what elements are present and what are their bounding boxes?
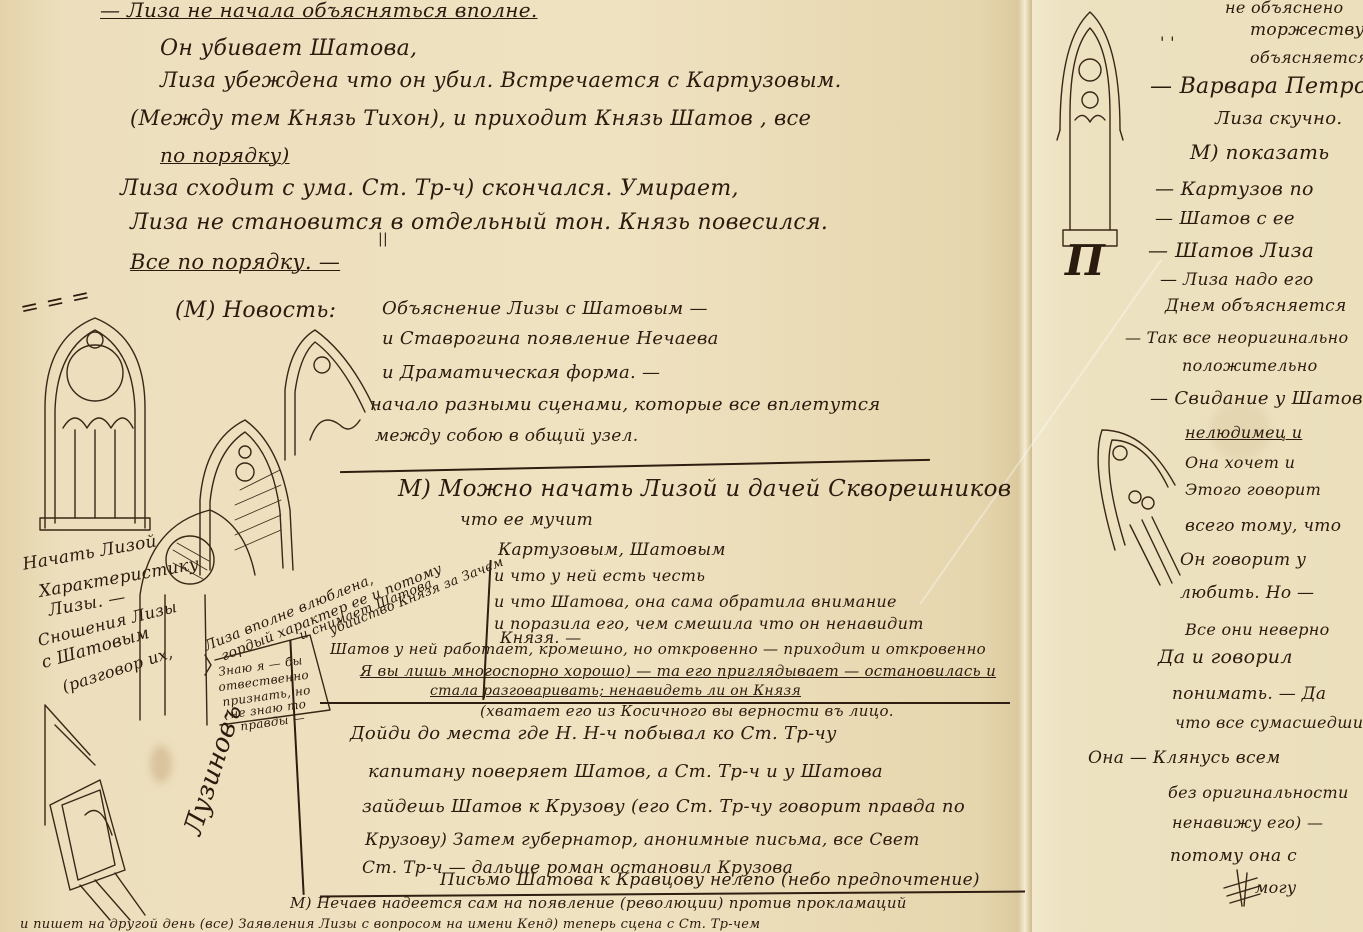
scribble-mark bbox=[1222, 868, 1262, 908]
text-line: М) Нечаев надеется сам на появление (рев… bbox=[290, 896, 907, 911]
text-line: Она хочет и bbox=[1185, 455, 1295, 471]
rose-window-sketch bbox=[135, 505, 265, 725]
manuscript-spread: — Лиза не начала объясняться вполне. Он … bbox=[0, 0, 1363, 932]
text-line: начало разными сценами, которые все впле… bbox=[370, 396, 880, 414]
text-line: — Картузов по bbox=[1155, 180, 1314, 199]
text-line: любить. Но — bbox=[1180, 585, 1314, 602]
text-line: Все по порядку. — bbox=[130, 252, 340, 273]
text-line: Лиза убеждена что он убил. Встречается с… bbox=[160, 70, 842, 91]
text-line: и что у ней есть честь bbox=[494, 568, 705, 584]
text-line: Он говорит у bbox=[1180, 552, 1306, 569]
text-line: по порядку) bbox=[160, 145, 290, 165]
text-line: Этого говорит bbox=[1185, 482, 1321, 498]
text-line: Днем объясняется bbox=[1165, 298, 1347, 315]
text-line: и Ставрогина появление Нечаева bbox=[382, 330, 719, 348]
gothic-arch-fragment-sketch bbox=[280, 330, 390, 465]
text-line: Лиза скучно. bbox=[1215, 110, 1342, 128]
tick-mark: || bbox=[378, 232, 388, 246]
text-line: капитану поверяет Шатов, а Ст. Тр-ч и у … bbox=[368, 763, 883, 781]
tall-gothic-window-sketch bbox=[1055, 10, 1125, 250]
text-line: нелюдимец и bbox=[1185, 425, 1302, 441]
text-line: Объяснение Лизы с Шатовым — bbox=[382, 300, 708, 318]
text-line: — Варвара Петровна bbox=[1150, 76, 1363, 98]
text-line: и что Шатова, она сама обратила внимание bbox=[494, 594, 897, 610]
text-line: (хватает его из Косичного вы верности въ… bbox=[480, 704, 894, 719]
text-line: — Так все неоригинально bbox=[1125, 330, 1348, 346]
text-line: зайдешь Шатов к Крузову (его Ст. Тр-чу г… bbox=[362, 798, 965, 816]
text-line: Он убивает Шатова, bbox=[160, 38, 417, 60]
text-line: между собою в общий узел. bbox=[375, 428, 638, 445]
text-line: Лиза не становится в отдельный тон. Княз… bbox=[130, 212, 828, 234]
text-line: (Между тем Князь Тихон), и приходит Княз… bbox=[130, 108, 811, 129]
text-line: понимать. — Да bbox=[1172, 686, 1326, 703]
text-line: — Лиза надо его bbox=[1160, 272, 1313, 289]
section-heading: (М) Новость: bbox=[175, 300, 336, 322]
text-line: Все они неверно bbox=[1185, 622, 1330, 638]
page-gutter bbox=[1018, 0, 1032, 932]
text-line: всего тому, что bbox=[1185, 518, 1341, 535]
text-line: положительно bbox=[1182, 358, 1318, 374]
text-line: ненавижу его) — bbox=[1172, 815, 1323, 831]
text-line: Я вы лишь многоспорно хорошо) — та его п… bbox=[360, 664, 996, 679]
text-line: Она — Клянусь всем bbox=[1088, 750, 1281, 767]
text-line: — Лиза не начала объясняться вполне. bbox=[100, 0, 538, 20]
text-line: что ее мучит bbox=[460, 512, 593, 529]
text-line: Дойди до места где Н. Н-ч побывал ко Ст.… bbox=[350, 725, 837, 743]
text-line: Да и говорил bbox=[1158, 648, 1293, 667]
text-line: — Свидание у Шатова bbox=[1150, 390, 1363, 408]
ink-stain bbox=[150, 745, 172, 783]
text-line: не объяснено bbox=[1225, 0, 1344, 16]
text-line: Крузову) Затем губернатор, анонимные пис… bbox=[365, 832, 920, 849]
text-line: Письмо Шатова к Кравцову нелепо (небо пр… bbox=[440, 872, 980, 889]
text-line: что все сумасшедшие bbox=[1175, 715, 1363, 731]
diagonal-gothic-window-sketch bbox=[1090, 425, 1180, 595]
large-p-mark: П bbox=[1065, 240, 1105, 282]
section-heading: М) Можно начать Лизой и дачей Скворешник… bbox=[398, 478, 1011, 501]
text-line: Шатов у ней работает, кромешно, но откро… bbox=[330, 642, 986, 657]
text-line: стала разговаривать; ненавидеть ли он Кн… bbox=[430, 684, 801, 698]
quote-mark: ' ' bbox=[1160, 35, 1175, 51]
text-line: торжествует bbox=[1250, 22, 1363, 39]
text-line: без оригинальности bbox=[1168, 785, 1349, 801]
text-line: потому она с bbox=[1170, 848, 1297, 865]
text-line: — Шатов с ее bbox=[1155, 210, 1295, 228]
tilted-window-sketch bbox=[40, 705, 150, 925]
text-line: М) показать bbox=[1190, 142, 1329, 162]
text-line: и Драматическая форма. — bbox=[382, 364, 660, 382]
text-line: — Шатов Лиза bbox=[1148, 240, 1314, 260]
text-line: Лиза сходит с ума. Ст. Тр-ч) скончался. … bbox=[120, 178, 739, 200]
text-line: объясняется bbox=[1250, 50, 1363, 66]
text-line: Картузовым, Шатовым bbox=[498, 542, 726, 559]
